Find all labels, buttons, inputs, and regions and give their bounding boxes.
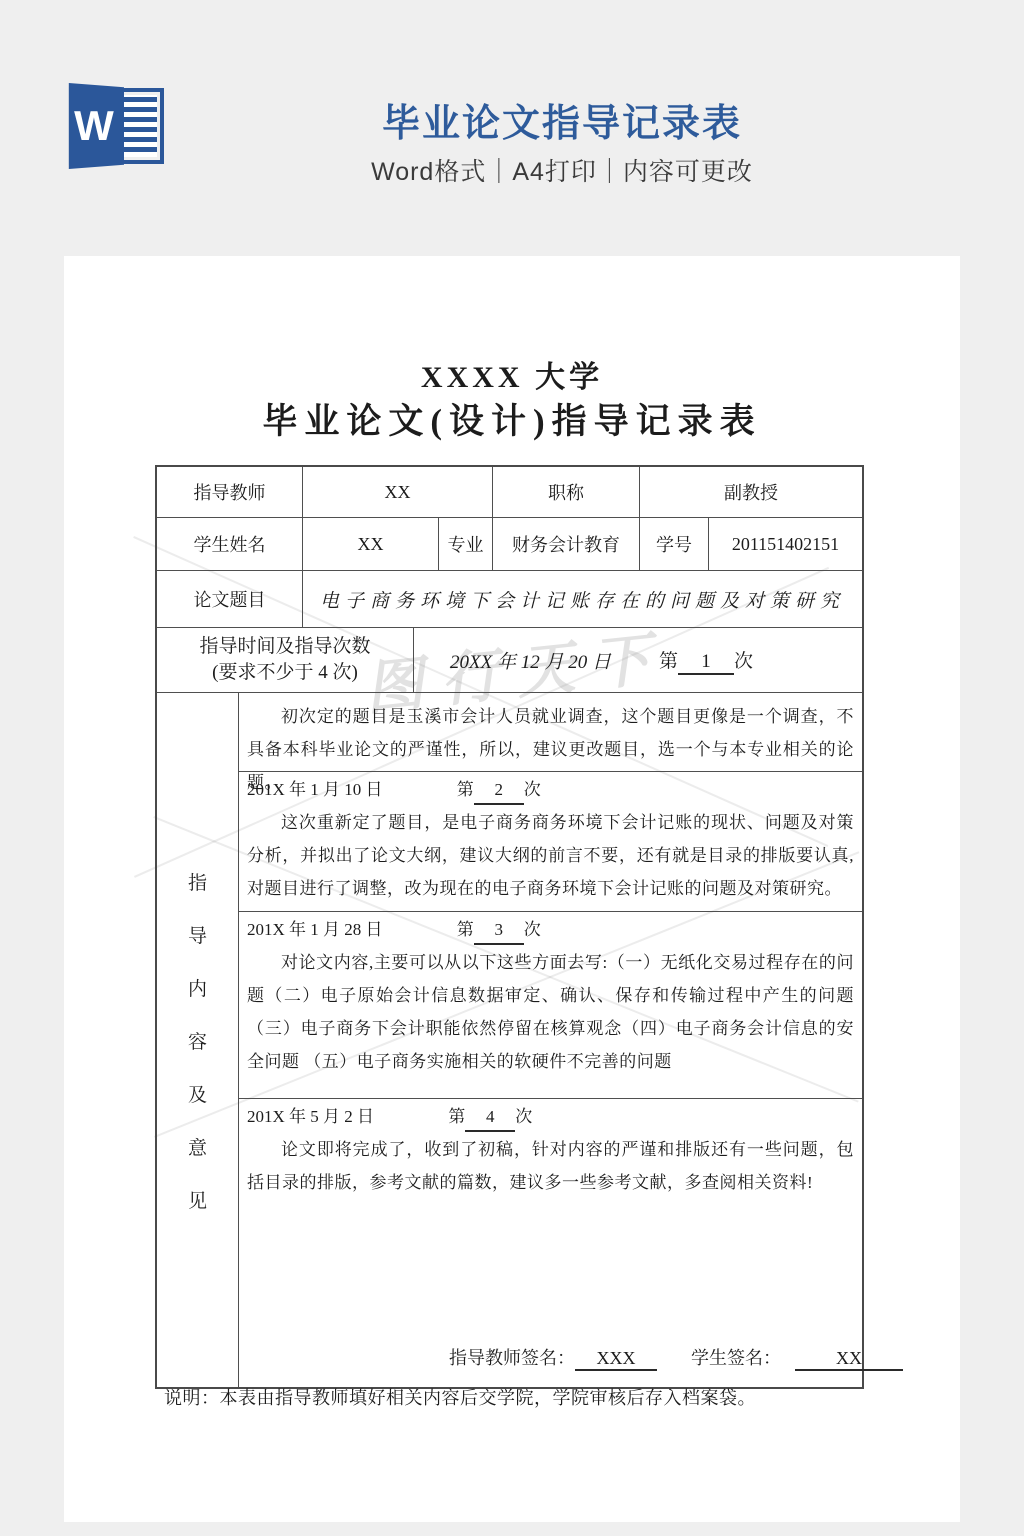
first-guidance-date: 20XX 年 12 月 20 日: [450, 647, 611, 674]
form-note: 说明：本表由指导教师填好相关内容后交学院，学院审核后存入档案袋。: [164, 1384, 924, 1410]
table-row-guidance-time: 指导时间及指导次数 (要求不少于 4 次) 20XX 年 12 月 20 日 第…: [157, 627, 862, 692]
guidance-time-label-line2: (要求不少于 4 次): [212, 660, 358, 686]
student-id-label: 学号: [639, 518, 708, 570]
entry-text: 对论文内容,主要可以从以下这些方面去写:（一）无纸化交易过程存在的问题（二）电子…: [247, 946, 854, 1078]
rank-value: 副教授: [639, 467, 862, 517]
form-title: 毕业论文(设计)指导记录表: [64, 394, 960, 444]
student-id-value: 201151402151: [708, 518, 862, 570]
record-table: 指导教师 XX 职称 副教授 学生姓名 XX 专业 财务会计教育 学号 2011…: [155, 465, 864, 1389]
table-row-thesis: 论文题目 电子商务环境下会计记账存在的问题及对策研究: [157, 570, 862, 627]
guidance-entry-1: 初次定的题目是玉溪市会计人员就业调查，这个题目更像是一个调查，不具备本科毕业论文…: [239, 693, 862, 771]
word-icon-letter: W: [74, 105, 114, 147]
entry-count-no: 3: [474, 917, 524, 945]
advisor-signature: XXX: [575, 1348, 657, 1371]
table-row-guidance-content: 指 导 内 容 及 意 见 初次定的题目是玉溪市会计人员就业调查，这个题目更像是…: [157, 692, 862, 1387]
entry-text: 论文即将完成了，收到了初稿，针对内容的严谨和排版还有一些问题，包括目录的排版，参…: [247, 1133, 854, 1199]
student-value: XX: [302, 518, 438, 570]
first-guidance-count: 第1次: [659, 646, 753, 675]
document-page: 图行天下 XXXX 大学 毕业论文(设计)指导记录表 指导教师 XX 职称 副教…: [64, 256, 960, 1522]
entry-date-line: 201X 年 5 月 2 日 第4次: [247, 1104, 854, 1133]
signature-line: 指导教师签名：XXX学生签名：XX: [239, 1344, 862, 1371]
entry-date-line: 201X 年 1 月 28 日 第3次: [247, 917, 854, 946]
advisor-signature-label: 指导教师签名：: [449, 1348, 575, 1368]
university-title: XXXX 大学: [64, 352, 960, 396]
entry-date-line: 201X 年 1 月 10 日 第2次: [247, 777, 854, 806]
entry-count: 第3次: [457, 920, 541, 939]
guidance-time-label-line1: 指导时间及指导次数: [199, 634, 370, 660]
major-label: 专业: [438, 518, 492, 570]
word-icon-panel: W: [64, 83, 124, 169]
major-value: 财务会计教育: [492, 518, 639, 570]
guidance-entry-3: 201X 年 1 月 28 日 第3次 对论文内容,主要可以从以下这些方面去写:…: [239, 911, 862, 1098]
entry-date: 201X 年 5 月 2 日: [247, 1107, 374, 1126]
template-preview-root: W 毕业论文指导记录表 Word格式｜A4打印｜内容可更改 图行天下 XXXX …: [0, 0, 1024, 1536]
student-signature-label: 学生签名：: [691, 1348, 781, 1368]
first-guidance-date-cell: 20XX 年 12 月 20 日 第1次: [413, 628, 862, 692]
guidance-time-label: 指导时间及指导次数 (要求不少于 4 次): [157, 628, 413, 692]
first-guidance-count-no: 1: [678, 651, 734, 675]
guidance-entries: 初次定的题目是玉溪市会计人员就业调查，这个题目更像是一个调查，不具备本科毕业论文…: [238, 693, 862, 1387]
guidance-entry-4: 201X 年 5 月 2 日 第4次 论文即将完成了，收到了初稿，针对内容的严谨…: [239, 1098, 862, 1387]
entry-date: 201X 年 1 月 28 日: [247, 920, 383, 939]
section-vertical-label: 指 导 内 容 及 意 见: [157, 693, 238, 1387]
student-label: 学生姓名: [157, 518, 302, 570]
entry-count: 第4次: [448, 1107, 532, 1126]
thesis-label: 论文题目: [157, 571, 302, 627]
entry-text: 这次重新定了题目，是电子商务商务环境下会计记账的现状、问题及对策分析，并拟出了论…: [247, 806, 854, 905]
word-icon: W: [64, 83, 164, 169]
page-subtitle: Word格式｜A4打印｜内容可更改: [162, 152, 962, 188]
rank-label: 职称: [492, 467, 639, 517]
entry-date: 201X 年 1 月 10 日: [247, 780, 383, 799]
entry-count: 第2次: [457, 780, 541, 799]
entry-count-no: 4: [465, 1104, 515, 1132]
advisor-value: XX: [302, 467, 492, 517]
table-row-advisor: 指导教师 XX 职称 副教授: [157, 467, 862, 517]
table-row-student: 学生姓名 XX 专业 财务会计教育 学号 201151402151: [157, 517, 862, 570]
thesis-value: 电子商务环境下会计记账存在的问题及对策研究: [302, 571, 862, 627]
page-title: 毕业论文指导记录表: [162, 92, 962, 147]
guidance-entry-2: 201X 年 1 月 10 日 第2次 这次重新定了题目，是电子商务商务环境下会…: [239, 771, 862, 911]
entry-count-no: 2: [474, 777, 524, 805]
advisor-label: 指导教师: [157, 467, 302, 517]
student-signature: XX: [795, 1348, 903, 1371]
